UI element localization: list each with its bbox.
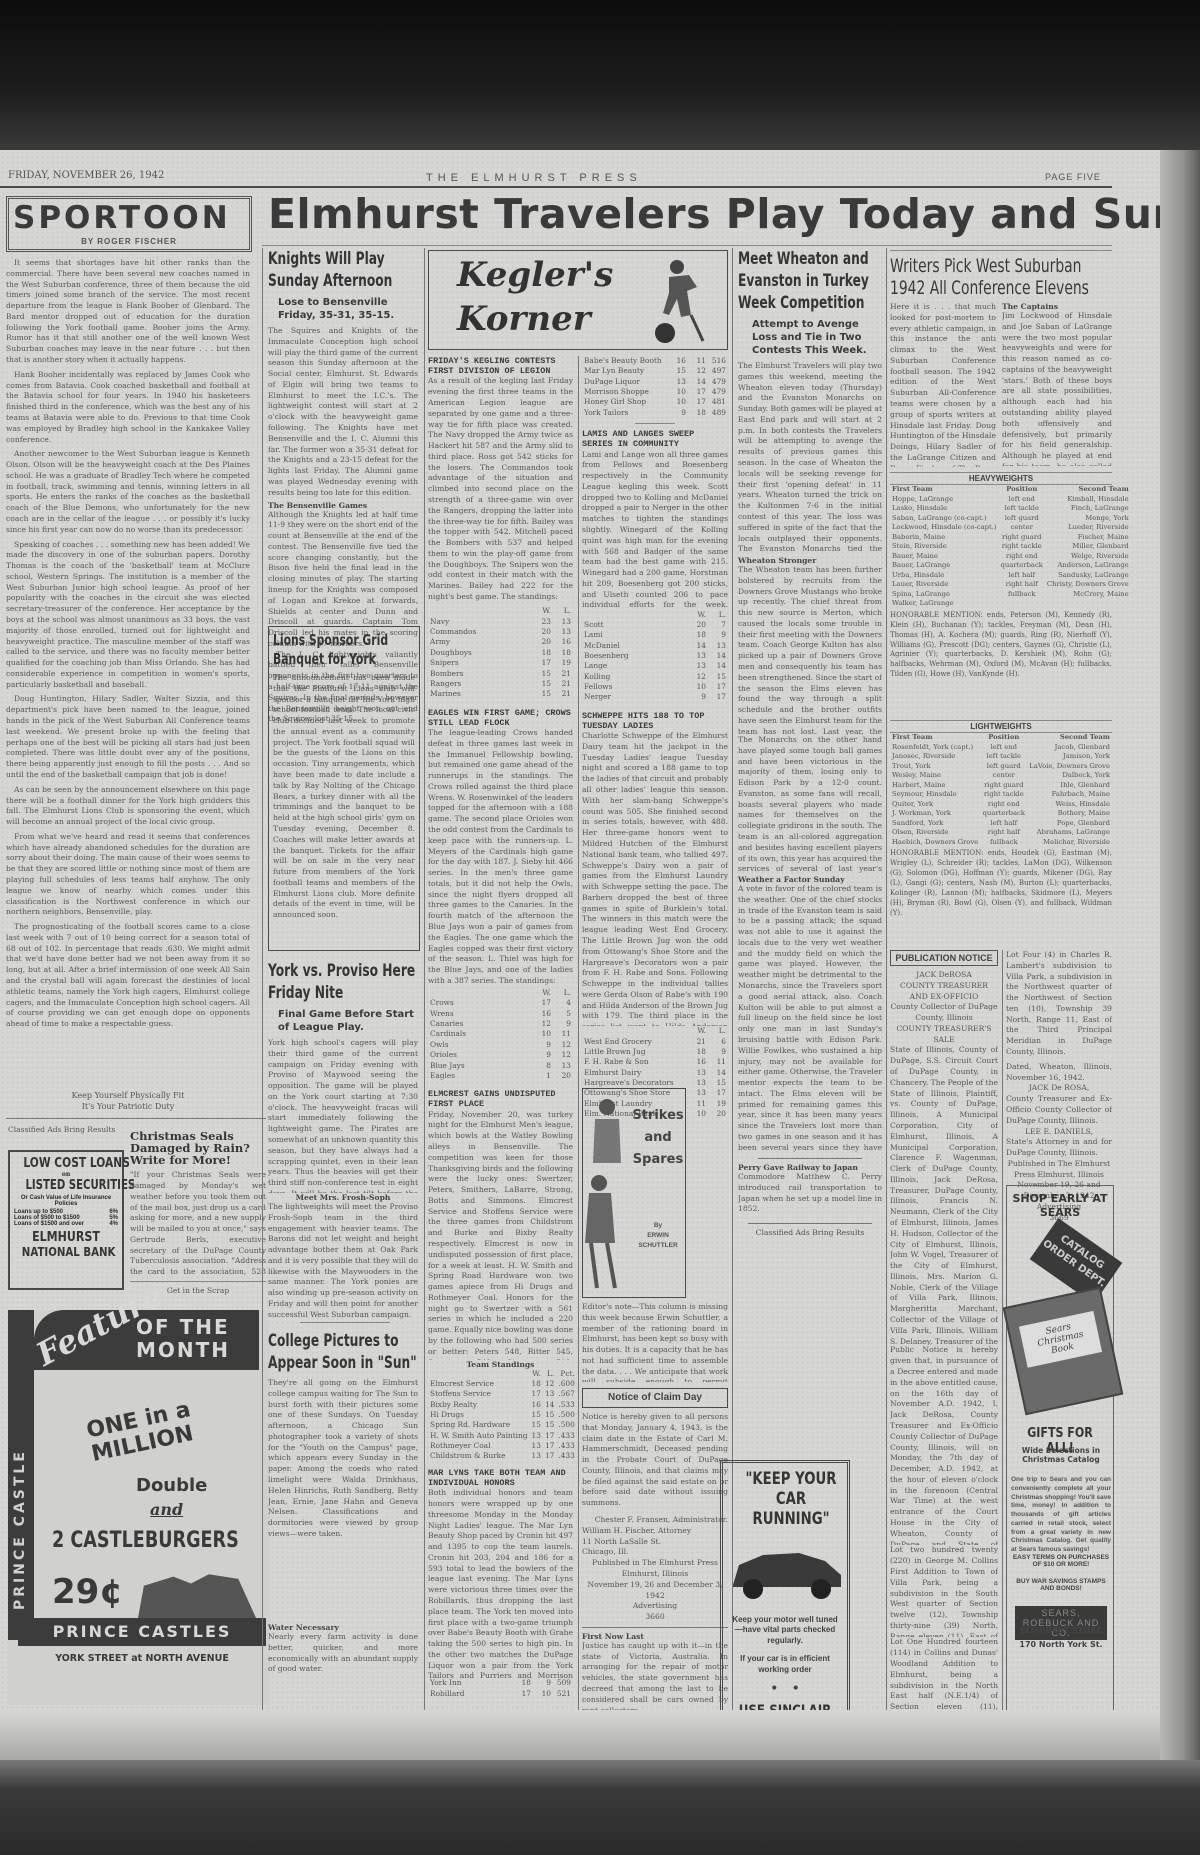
college-headline: College Pictures to Appear Soon in "Sun" [268,1330,418,1374]
sportoon-paragraph: Hank Booher incidentally was replaced by… [6,370,250,445]
table-row: Doughboys1818 [428,648,573,658]
publication-notice-title: PUBLICATION NOTICE [890,950,998,966]
sportoon-footer: Keep Yourself Physically Fit It's Your P… [6,1090,250,1112]
table-row: Crows174 [428,998,573,1008]
table-row: York Tailors918489 [582,408,728,418]
table-row: Sandford, Yorkleft halfPope, Glenbard [890,819,1112,829]
college-body2: Nearly every farm activity is done bette… [268,1632,418,1675]
elmcrest-body: Friday, November 20, was turkey night fo… [428,1110,573,1360]
table-row: Commandos2013 [428,627,573,637]
team-standings-title: Team Standings [428,1360,573,1369]
marlyns-headline: MAR LYNS TAKE BOTH TEAM AND INDIVIDUAL H… [428,1468,573,1488]
ladies-standings-table-cont: York Inn189509Robillard1710521 [428,1678,573,1699]
table-row: Blue Jays813 [428,1061,573,1071]
table-row: Wrens165 [428,1009,573,1019]
table-row: Haebich, Downers GrovefullbackMelichar, … [890,838,1112,848]
sale-title: COUNTY TREASURER'S SALE [890,1024,998,1046]
christmas-seals-headline: Christmas Seals Damaged by Rain? Write f… [130,1130,266,1166]
prince-castle-address: YORK STREET at NORTH AVENUE [18,1653,266,1664]
table-row: West End Grocery216 [582,1037,728,1047]
table-row: Janosec, Riversideleft tackleJamison, Yo… [890,752,1112,762]
strikes-spares-editors-note: Editor's note—This column is missing thi… [582,1302,728,1382]
sears-headline: SHOP EARLY AT SEARS [1007,1192,1113,1221]
bank-ad[interactable]: LOW COST LOANS on LISTED SECURITIES Or C… [8,1150,124,1290]
table-row: H. W. Smith Auto Painting1317.433 [428,1431,577,1441]
travelers-body4: A vote in favor of the colored team is t… [738,884,882,1154]
table-row: J. Workman, YorkquarterbackBothery, Main… [890,809,1112,819]
double: Double [136,1475,207,1496]
york-proviso-headline: York vs. Proviso Here Friday Nite [268,960,418,1004]
table-row: Robillard1710521 [428,1689,573,1699]
table-row: Lauer, Riversideright halfChristy, Downe… [890,580,1131,590]
table-row: F. H. Rabe & Son1611 [582,1057,728,1067]
lamis-headline: LAMIS AND LANGES SWEEP SERIES IN COMMUNI… [582,429,728,449]
claim-number: 3660 [582,1612,728,1623]
table-row: Hi Drugs1515.500 [428,1410,577,1420]
banner-headline: Elmhurst Travelers Play Today and Sunday [268,190,1160,238]
table-row: Childstrom & Burke1317.433 [428,1451,577,1461]
publication-signer: JACK De ROSA, [1006,1083,1112,1094]
knights-headline: Knights Will Play Sunday Afternoon [268,248,418,292]
table-row: Elmhurst Dairy1314 [582,1068,728,1078]
publication-notice: PUBLICATION NOTICE JACK DeROSA COUNTY TR… [890,950,998,1756]
table-row: Snipers1719 [428,658,573,668]
table-row: DuPage Liquor1314479 [582,377,728,387]
kellys-line1: Keep your motor well tuned—have vital pa… [729,1615,841,1646]
lightweights-honorable-mention: HONORABLE MENTION: ends, Houdek (G), Eas… [890,849,1112,919]
date-line: FRIDAY, NOVEMBER 26, 1942 [8,170,164,181]
table-row: Baborin, Maineright guardFischer, Maine [890,533,1131,543]
kellys-headline: "KEEP YOUR CAR RUNNING" [736,1469,845,1529]
all-conference-body: Here it is . . . that much looked for po… [890,302,996,467]
perry-headline: Perry Gave Railway to Japan [738,1163,882,1172]
sportoon-title: SPORTOON [9,199,249,237]
table-row: Rosenfeldt, York (capt.)left endJacob, G… [890,743,1112,753]
first-now-last-title: First Now Last [582,1632,728,1641]
lamis-body: Lami and Lange won all three games from … [582,450,728,610]
legion-story: FRIDAY'S KEGLING CONTESTS FIRST DIVISION… [428,356,573,1699]
first-now-last-body: Justice has caught up with it—in the sta… [582,1641,728,1716]
by: By [631,1221,685,1231]
table-row: York Inn189509 [428,1678,573,1688]
knights-body: The Squires and Knights of the Immaculat… [268,326,418,499]
title-1: Strikes [631,1105,685,1127]
table-row: Fellows1017 [582,682,728,692]
table-row: Mar Lyn Beauty1512497 [582,366,728,376]
claim-notice-body: Notice is hereby given to all persons th… [582,1412,728,1509]
publication-notice-cont: Lot Four (4) in Charles R. Lambert's sub… [1006,950,1112,1224]
table-row: Nerger917 [582,692,728,702]
table-row: Hoppe, LaGrangeleft endKimball, Hinsdale [890,495,1131,505]
table-row: Lockwood, Hinsdale (co-capt.)centerLuede… [890,523,1131,533]
bullet-dots: • • [729,1681,841,1697]
sportoon-paragraph: Another newcomer to the West Suburban le… [6,449,250,535]
publication-signer-title: County Treasurer and Ex-Officio County C… [1006,1094,1112,1126]
marlyns-body: Both individual honors and team honors w… [428,1488,573,1678]
castleburgers: 2 CASTLEBURGERS [52,1528,239,1553]
knights-subsection: The Bensenville Games [268,501,418,510]
table-row: Bixby Realty1614.533 [428,1400,577,1410]
table-row: Eagles120 [428,1071,573,1081]
sportoon-paragraph: From what we've heard and read it seems … [6,832,250,918]
community-standings-table: W.L.Scott207Lami189McDaniel1413Boesenber… [582,610,728,703]
table-row: Rangers1521 [428,679,573,689]
sportoon-paragraph: Speaking of coaches . . . something new … [6,540,250,691]
table-row: Olsen, Riversideright halfAbrahams, LaGr… [890,828,1112,838]
table-row: Scott207 [582,620,728,630]
table-row: Bombers1521 [428,669,573,679]
captains-body: Jim Lockwood of Hinsdale and Joe Saban o… [1002,311,1112,466]
bank-ad-on: on [14,1171,118,1178]
team-standings-table: W.L.Pct.Elmcrest Service1812.600Stoffens… [428,1369,577,1462]
lightweights-section: LIGHTWEIGHTS First TeamPositionSecond Te… [890,720,1112,919]
table-row: Quiter, Yorkright endWeiss, Hinsdale [890,800,1112,810]
table-row: Army2016 [428,637,573,647]
bank-rates: Loans up to $5006%Loans of $500 to $1500… [14,1209,118,1227]
table-row: First TeamPositionSecond Team [890,485,1131,495]
college-story: College Pictures to Appear Soon in "Sun"… [268,1330,418,1675]
brand-name: PRINCE CASTLES [53,1622,232,1641]
newspaper-page: FRIDAY, NOVEMBER 26, 1942 THE ELMHURST P… [0,150,1160,1760]
publication-right-col: Lot Four (4) in Charles R. Lambert's sub… [1006,950,1112,1058]
table-row: Marines1521 [428,689,573,699]
eagles-standings-table: W.L.Crows174Wrens165Canaries129Cardinals… [428,988,573,1081]
claim-address: 11 North LaSalle St. [582,1537,728,1548]
table-row: Hargreave's Decorators1315 [582,1078,728,1088]
table-row: Lami189 [582,630,728,640]
york-proviso-story: York vs. Proviso Here Friday Nite Final … [268,960,418,1321]
strikes-spares-title: Strikes and Spares [631,1105,685,1171]
claim-city: Chicago, Ill. [582,1547,728,1558]
kellys-line2: If your car is in efficient working orde… [729,1654,841,1675]
bank-name-2: NATIONAL BANK [22,1245,110,1259]
side-text: PRINCE CASTLE [12,1449,28,1610]
castle-illustration [138,1572,256,1618]
classified-note-2: Classified Ads Bring Results [738,1228,882,1239]
author-1: ERWIN [631,1231,685,1241]
footer-line-1: Keep Yourself Physically Fit [6,1090,250,1101]
table-row: Lange1314 [582,661,728,671]
york-proviso-body2: The lightweights will meet the Proviso F… [268,1202,418,1321]
classified-note: Classified Ads Bring Results [8,1125,120,1134]
sportoon-column: It seems that shortages have hit other r… [6,258,250,1088]
claim-notice-title: Notice of Claim Day [582,1388,728,1408]
title-3: Spares [631,1149,685,1171]
and: and [150,1500,183,1519]
claim-signer: Chester F. Fransen, Administrator. [582,1515,728,1526]
price: 29¢ [52,1572,123,1612]
publication-body3: Lot two hundred twenty (220) in George M… [890,1545,998,1637]
table-row: Navy2313 [428,617,573,627]
folio-rule [0,186,1112,188]
legion-body: As a result of the kegling last Friday e… [428,376,573,606]
table-row: Harbert, Maineright guardIhle, Glenbard [890,781,1112,791]
perry-body: Commodore Matthew C. Perry introduced ra… [738,1172,882,1215]
christmas-book-label: Sears Christmas Book [1019,1311,1102,1368]
prince-castle-ad[interactable]: PRINCE CASTLE Feature OF THE MONTH ONE i… [8,1310,270,1705]
lions-body: The announcement has been made that the … [273,673,415,945]
lightweights-title: LIGHTWEIGHTS [890,720,1112,733]
bowlers-illustration [585,1093,629,1293]
sears-store: ELMHURST STORE [1011,1626,1111,1635]
table-row: Walker, LaGrange [890,599,1131,609]
sportoon-paragraph: The prognosticating of the football scor… [6,922,250,1030]
page-edge [1160,150,1200,1760]
sears-terms: EASY TERMS ON PURCHASES OF $10 OR MORE! [1011,1554,1111,1568]
bank-ad-line1: LOW COST LOANS [23,1156,108,1171]
banner-rule [262,245,1112,246]
travelers-story: Meet Wheaton and Evanston in Turkey Week… [738,248,882,1239]
travelers-body2: The Wheaton team has been further bolste… [738,565,882,735]
scanner-background-bottom [0,1760,1200,1855]
masthead: THE ELMHURST PRESS [426,172,642,184]
eagles-body: The league-leading Crows handed defeat i… [428,728,573,988]
car-illustration [729,1535,845,1605]
ladies-standings-table: Babe's Beauty Booth1611516Mar Lyn Beauty… [582,356,728,418]
all-conference-headline: Writers Pick West Suburban 1942 All Conf… [890,255,1113,299]
strikes-and-spares-box: Strikes and Spares By ERWIN SCHUTTLER [582,1088,686,1298]
table-row: Spring Rd. Hardware1515.500 [428,1420,577,1430]
york-proviso-subsection: Meet Mrs. Frosh-Soph [268,1193,418,1202]
heavyweights-section: HEAVYWEIGHTS First TeamPositionSecond Te… [890,472,1112,680]
table-row: Morrison Shoppe1017479 [582,387,728,397]
keglers-col-2: Babe's Beauty Booth1611516Mar Lyn Beauty… [582,356,728,1119]
official-office: County Collector of DuPage County, Illin… [890,1002,998,1024]
table-row: Little Brown Jug189 [582,1047,728,1057]
keglers-title-1: Kegler's [457,255,613,295]
lions-story: Lions Sponsor Grid Banquet for York The … [268,626,420,951]
table-row: Bauer, Maineright endWelge, Riverside [890,552,1131,562]
legion-standings-table: W.L.Navy2313Commandos2013Army2016Doughbo… [428,606,573,699]
table-row: Babe's Beauty Booth1611516 [582,356,728,366]
one-in-a-million: ONE in a MILLION [85,1391,232,1467]
table-row: Trout, Yorkleft guardLaVoie, Downers Gro… [890,762,1112,772]
table-row: Lasko, Hinsdaleleft tackleFinch, LaGrang… [890,504,1131,514]
bank-name: ELMHURST [22,1230,110,1245]
claim-attorney: William H. Fischer, Attorney [582,1526,728,1537]
lightweights-table: First TeamPositionSecond TeamRosenfeldt,… [890,733,1112,847]
sears-address: 170 North York St. [1011,1640,1111,1649]
table-row: Cardinals1011 [428,1029,573,1039]
keglers-korner-header: Kegler's Korner [428,250,728,350]
table-row: Elmcrest Service1812.600 [428,1379,577,1389]
table-row: Boesenberg1314 [582,651,728,661]
publication-attorney: LEE E. DANIELS, [1006,1127,1112,1138]
table-row: Canaries129 [428,1019,573,1029]
table-row: Spina, LaGrangefullbackMcCrory, Maine [890,590,1131,600]
sportoon-byline: BY ROGER FISCHER [9,237,249,246]
college-body: They're all going on the Elmhurst colleg… [268,1378,418,1623]
official-name: JACK DeROSA [890,970,998,981]
strikes-spares-byline: By ERWIN SCHUTTLER [631,1221,685,1250]
york-proviso-subhead: Final Game Before Start of League Play. [278,1008,418,1034]
claim-pub-city: Elmhurst, Illinois [582,1569,728,1580]
publication-body: State of Illinois, County of DuPage, S.S… [890,1045,998,1345]
travelers-subsection2: Weather a Factor Sunday [738,875,882,884]
table-row: Urba, Hinsdaleleft halfSandusky, LaGrang… [890,571,1131,581]
divider [6,1118,266,1119]
table-row: Owls912 [428,1040,573,1050]
sears-body: One trip to Sears and you can convenient… [1011,1476,1111,1555]
bank-ad-line4: Or Cash Value of Life Insurance Policies [14,1195,118,1207]
keglers-title-2: Korner [457,299,591,339]
table-row: Bauer, LaGrangequarterbackAnderson, LaGr… [890,561,1131,571]
sears-bonds: BUY WAR SAVINGS STAMPS AND BONDS! [1011,1578,1111,1592]
publication-body2: Public Notice is hereby given that, in p… [890,1345,998,1545]
scanner-background-top [0,0,1200,150]
page-number: PAGE FIVE [1045,172,1101,182]
christmas-seals-story: Christmas Seals Damaged by Rain? Write f… [130,1130,266,1295]
table-row: Seymour, Hinsdaleright tackleFahrbach, M… [890,790,1112,800]
bank-ad-line3: LISTED SECURITIES [25,1178,106,1193]
all-conference-story: Writers Pick West Suburban 1942 All Conf… [890,250,1112,299]
table-row: Rothmeyer Coal1317.433 [428,1441,577,1451]
table-row: Stoffens Service1713.567 [428,1389,577,1399]
sportoon-paragraph: Doug Huntington, Hilary Sadler, Walter S… [6,694,250,780]
publication-attorney-title: State's Attorney in and for DuPage Count… [1006,1137,1112,1159]
claim-notice: Notice is hereby given to all persons th… [582,1412,728,1736]
travelers-subhead: Attempt to Avenge Loss and Tie in Two Co… [752,318,882,357]
table-row: McDaniel1413 [582,641,728,651]
table-row: First TeamPositionSecond Team [890,733,1112,743]
sportoon-paragraph: As can be seen by the announcement elsew… [6,785,250,828]
travelers-subsection1: Wheaton Stronger [738,556,882,565]
york-proviso-body: York high school's cagers will play thei… [268,1038,418,1193]
eagles-headline: EAGLES WIN FIRST GAME; CROWS STILL LEAD … [428,708,573,728]
heavyweights-honorable-mention: HONORABLE MENTION: ends, Peterson (M), K… [890,611,1112,681]
claim-advertising: Advertising [582,1601,728,1612]
captains-title: The Captains [1002,302,1112,311]
christmas-seals-body: "If your Christmas Seals were damaged by… [130,1170,266,1275]
table-row: Kolling1215 [582,672,728,682]
author-2: SCHUTTLER [631,1241,685,1251]
schweppe-headline: SCHWEPPE HITS 188 TO TOP TUESDAY LADIES [582,711,728,731]
table-row: Stein, Riversideright tackleMiller, Glen… [890,542,1131,552]
college-subsection: Water Necessary [268,1623,418,1632]
claim-published: Published in The Elmhurst Press [582,1558,728,1569]
knights-subhead: Lose to Bensenville Friday, 35-31, 35-15… [278,296,418,322]
title-2: and [631,1127,685,1149]
footer-line-2: It's Your Patriotic Duty [6,1101,250,1112]
travelers-body3: The Monarchs on the other hand have play… [738,735,882,875]
publication-dated: Dated, Wheaton, Illinois, November 16, 1… [1006,1062,1112,1084]
sears-sub: Wide Selections in Christmas Catalog [1011,1446,1111,1464]
table-row: Wesley, MainecenterDalbeck, York [890,771,1112,781]
heavyweights-title: HEAVYWEIGHTS [890,472,1112,485]
official-title: COUNTY TREASURER AND EX-OFFICIO [890,981,998,1003]
sportoon-paragraph: It seems that shortages have hit other r… [6,258,250,366]
bowler-icon [647,255,717,347]
table-row: Saban, LaGrange (co-capt.)left guardMeng… [890,514,1131,524]
sportoon-masthead: SPORTOON BY ROGER FISCHER [6,196,252,252]
schweppe-body: Charlotte Schweppe of the Elmhurst Dairy… [582,731,728,1026]
claim-dates: November 19, 26 and December 3, 1942 [582,1580,728,1602]
brand-bar: PRINCE CASTLES [18,1618,266,1646]
lions-headline: Lions Sponsor Grid Banquet for York [273,631,421,669]
rate-row: Loans of $1500 and over4% [14,1221,118,1227]
table-row: Orioles912 [428,1050,573,1060]
table-row: Honey Girl Shop1017481 [582,397,728,407]
legion-headline: FRIDAY'S KEGLING CONTESTS FIRST DIVISION… [428,356,573,376]
travelers-body: The Elmhurst Travelers will play two gam… [738,361,882,556]
captains-section: The Captains Jim Lockwood of Hinsdale an… [1002,302,1112,466]
travelers-headline: Meet Wheaton and Evanston in Turkey Week… [738,248,882,314]
heavyweights-table: First TeamPositionSecond TeamHoppe, LaGr… [890,485,1131,609]
christmas-book-image: Sears Christmas Book [1003,1287,1124,1415]
of-the-month: OF THE MONTH [136,1316,256,1362]
sears-ad[interactable]: SHOP EARLY AT SEARS CATALOG ORDER DEPT. … [1006,1185,1114,1715]
elmcrest-headline: ELMCREST GAINS UNDISPUTED FIRST PLACE [428,1089,573,1109]
